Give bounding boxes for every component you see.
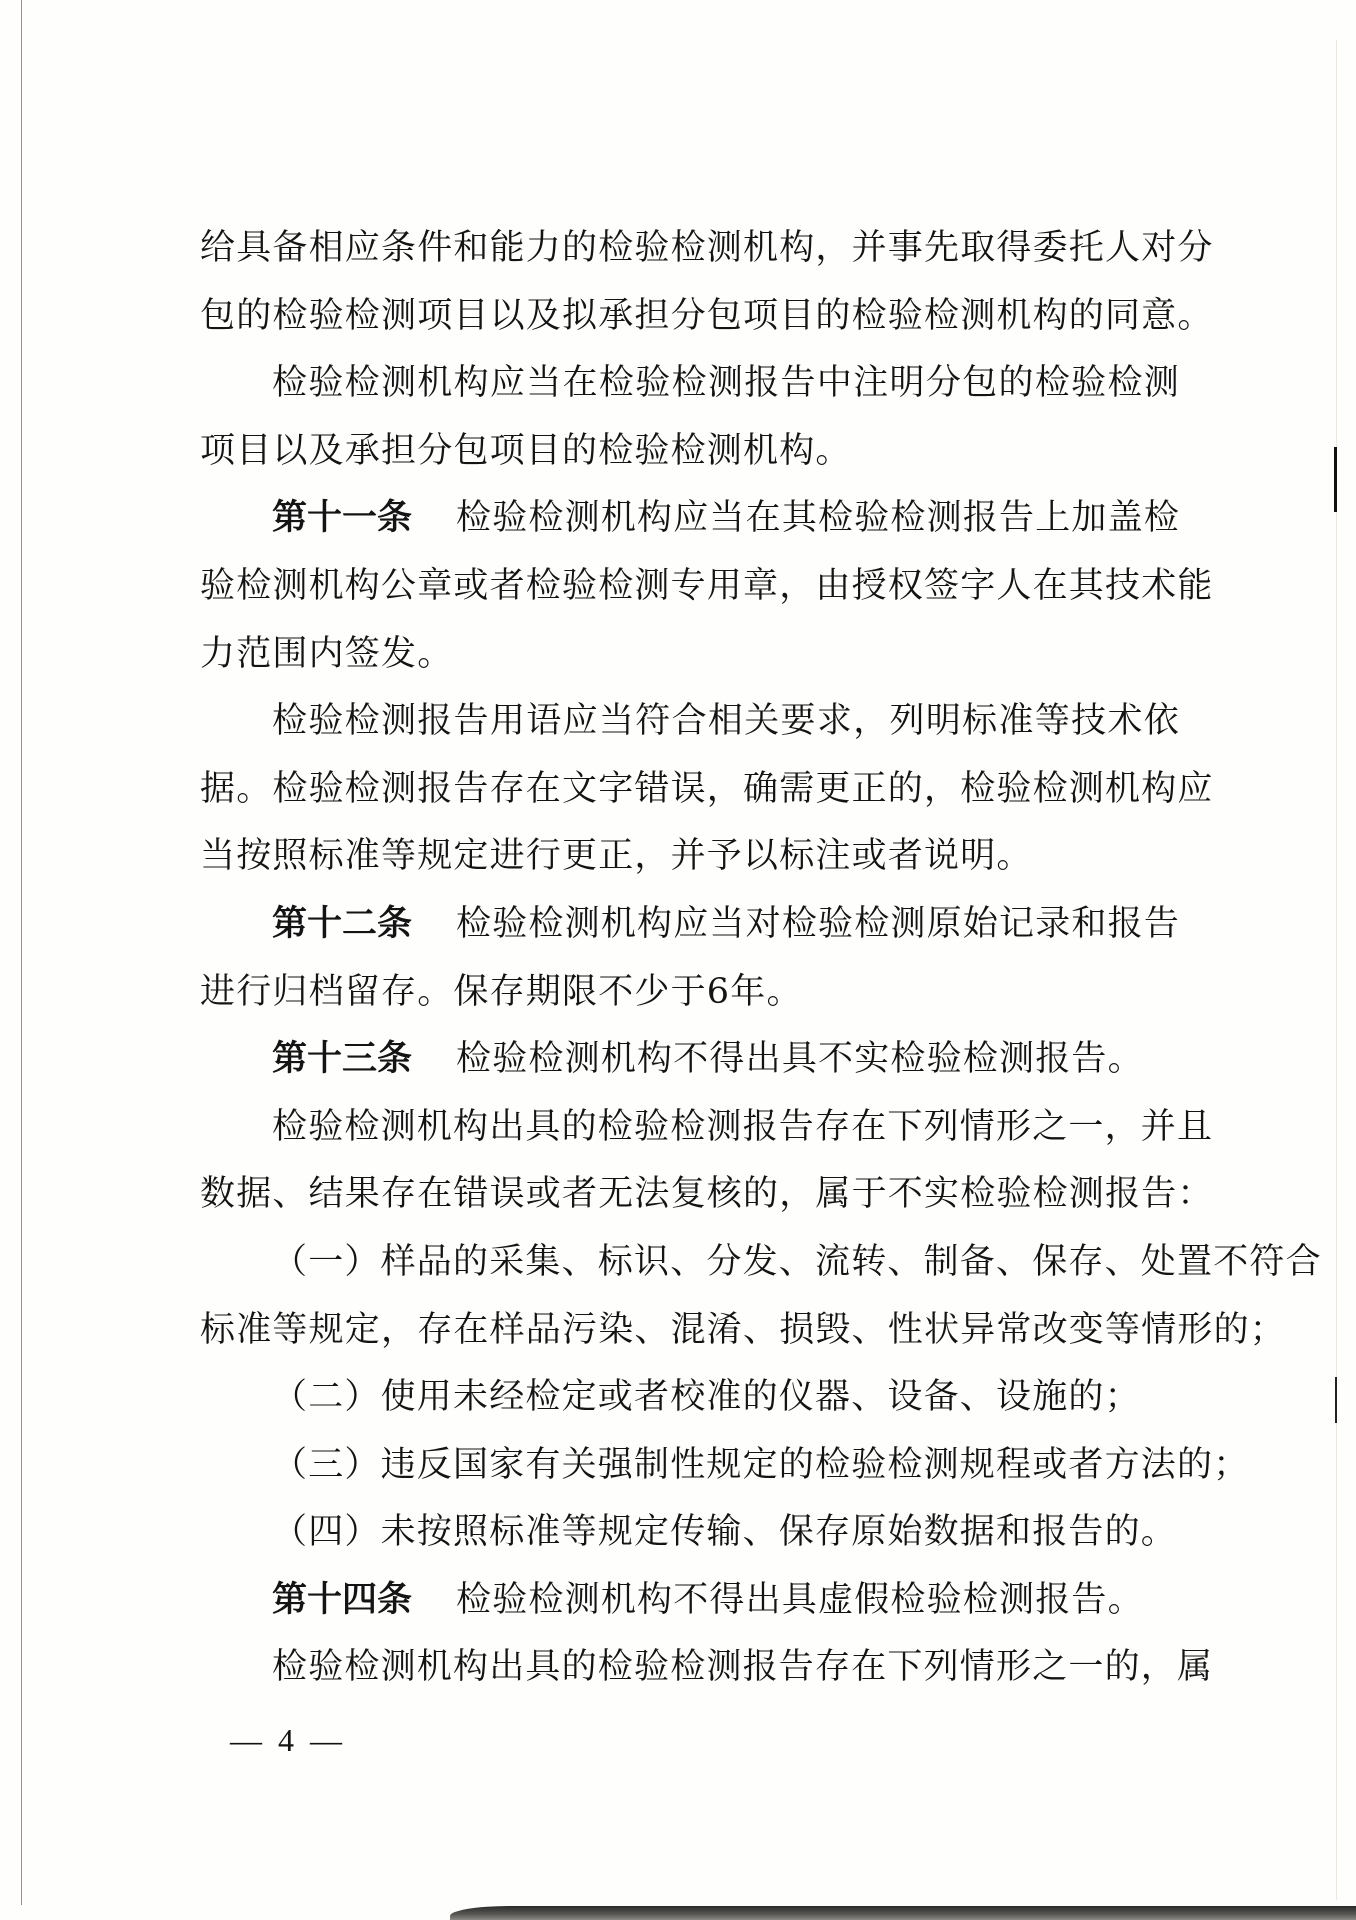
- scan-right-edge: [1336, 40, 1337, 1900]
- article-heading: 第十四条: [272, 1580, 412, 1620]
- article-heading: 第十一条: [272, 498, 412, 538]
- text-line: 检验检测机构出具的检验检测报告存在下列情形之一，并且: [200, 1101, 1180, 1169]
- text-line: 数据、结果存在错误或者无法复核的，属于不实检验检测报告：: [200, 1168, 1180, 1236]
- text-line: 检验检测机构应当在检验检测报告中注明分包的检验检测: [200, 357, 1180, 425]
- article-12: 第十二条检验检测机构应当对检验检测原始记录和报告: [200, 898, 1180, 966]
- scan-bottom-edge: [450, 1906, 1356, 1920]
- article-14: 第十四条检验检测机构不得出具虚假检验检测报告。: [200, 1574, 1180, 1642]
- text-line: 检验检测机构出具的检验检测报告存在下列情形之一的，属: [200, 1641, 1180, 1709]
- list-item-1: （一）样品的采集、标识、分发、流转、制备、保存、处置不符合: [200, 1236, 1180, 1304]
- text-line: 当按照标准等规定进行更正，并予以标注或者说明。: [200, 830, 1180, 898]
- text-line: 力范围内签发。: [200, 628, 1180, 696]
- text-line: 检验检测机构不得出具不实检验检测报告。: [456, 1039, 1144, 1079]
- binding-mark: [1335, 1377, 1337, 1423]
- scan-left-edge: [21, 0, 22, 1905]
- list-item-2: （二）使用未经检定或者校准的仪器、设备、设施的；: [200, 1371, 1180, 1439]
- text-line: 项目以及承担分包项目的检验检测机构。: [200, 425, 1180, 493]
- text-line: 进行归档留存。保存期限不少于6年。: [200, 966, 1180, 1034]
- list-item-3: （三）违反国家有关强制性规定的检验检测规程或者方法的；: [200, 1439, 1180, 1507]
- article-heading: 第十三条: [272, 1039, 412, 1079]
- scanned-page: 给具备相应条件和能力的检验检测机构，并事先取得委托人对分 包的检验检测项目以及拟…: [0, 0, 1356, 1920]
- list-item-4: （四）未按照标准等规定传输、保存原始数据和报告的。: [200, 1506, 1180, 1574]
- text-line: 检验检测报告用语应当符合相关要求，列明标准等技术依: [200, 695, 1180, 763]
- text-line: 据。检验检测报告存在文字错误，确需更正的，检验检测机构应: [200, 763, 1180, 831]
- text-line: 验检测机构公章或者检验检测专用章，由授权签字人在其技术能: [200, 560, 1180, 628]
- page-number: — 4 —: [230, 1722, 346, 1759]
- binding-mark: [1334, 447, 1337, 512]
- text-line: 检验检测机构应当对检验检测原始记录和报告: [456, 904, 1180, 944]
- document-body: 给具备相应条件和能力的检验检测机构，并事先取得委托人对分 包的检验检测项目以及拟…: [200, 222, 1180, 1709]
- text-line: 包的检验检测项目以及拟承担分包项目的检验检测机构的同意。: [200, 290, 1180, 358]
- text-line: 检验检测机构不得出具虚假检验检测报告。: [456, 1580, 1144, 1620]
- text-line: 给具备相应条件和能力的检验检测机构，并事先取得委托人对分: [200, 222, 1180, 290]
- text-line: 标准等规定，存在样品污染、混淆、损毁、性状异常改变等情形的；: [200, 1304, 1180, 1372]
- article-heading: 第十二条: [272, 904, 412, 944]
- text-line: 检验检测机构应当在其检验检测报告上加盖检: [456, 498, 1180, 538]
- article-11: 第十一条检验检测机构应当在其检验检测报告上加盖检: [200, 492, 1180, 560]
- article-13: 第十三条检验检测机构不得出具不实检验检测报告。: [200, 1033, 1180, 1101]
